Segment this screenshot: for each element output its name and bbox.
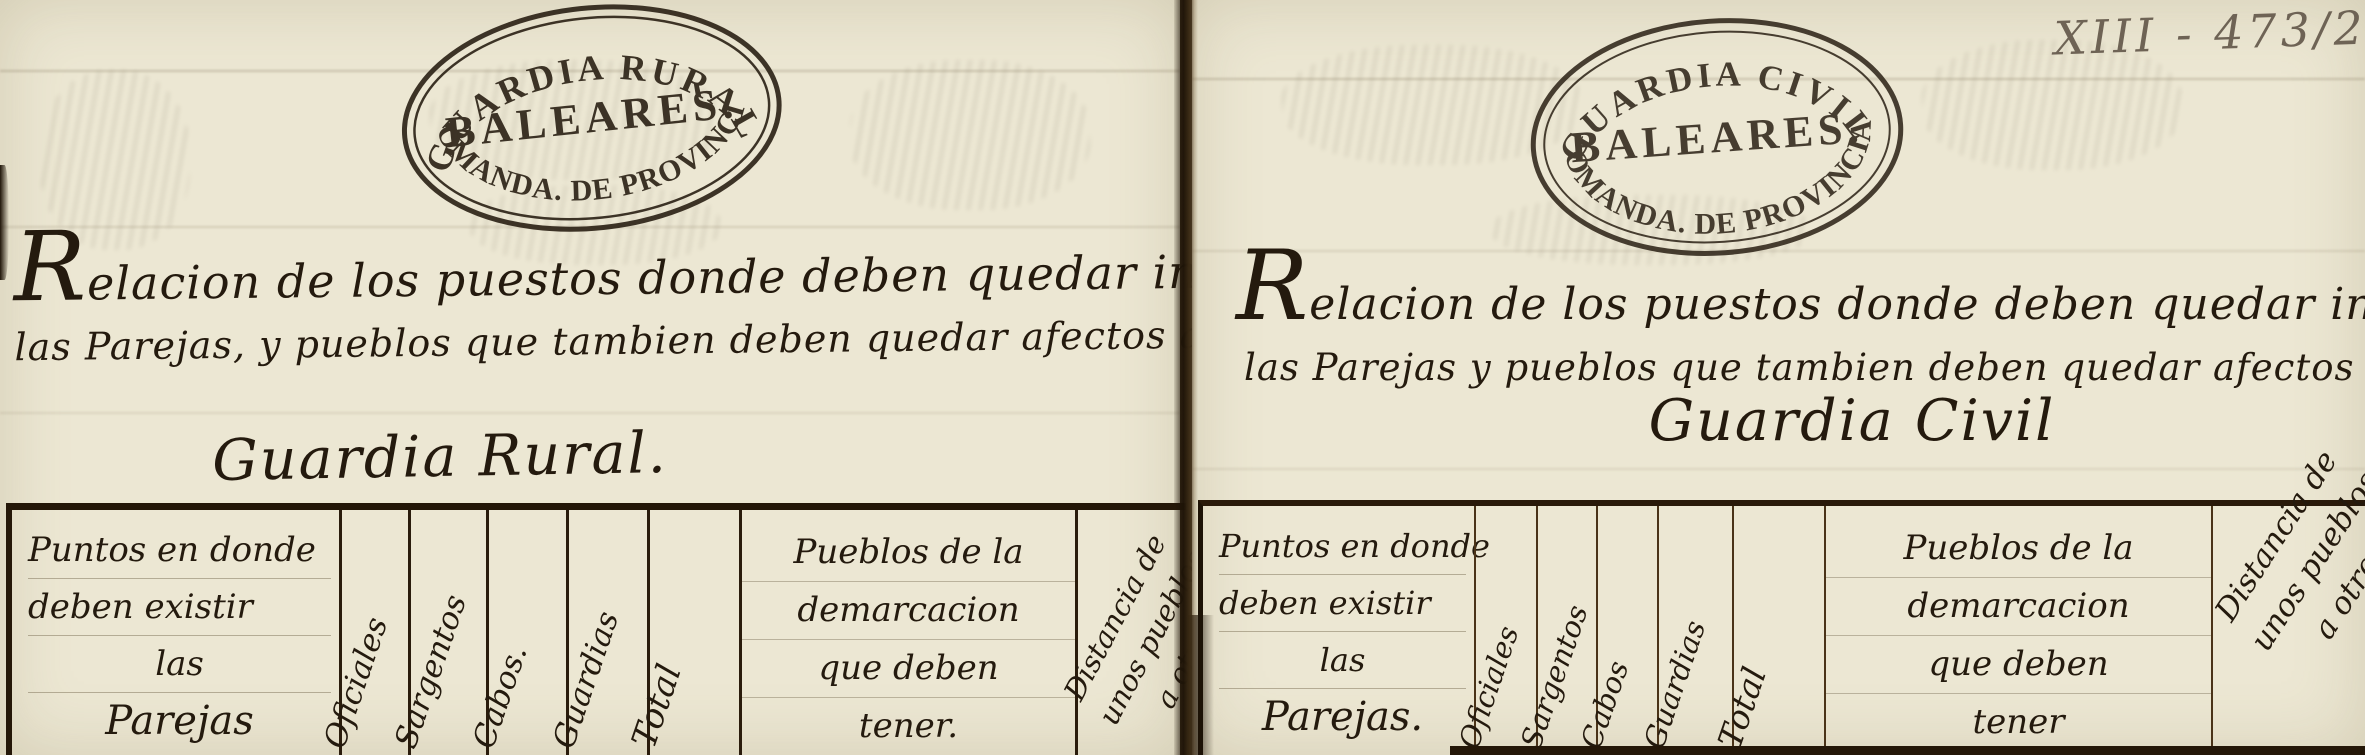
header-line: demarcacion — [1826, 578, 2211, 636]
header-line: las — [1219, 632, 1466, 689]
header-line: deben existir — [28, 579, 331, 636]
crease-line — [0, 412, 1180, 414]
guardia-rural-stamp: GUARDIA RURAL BALEARES. COMANDA. DE PROV… — [384, 0, 802, 260]
header-line: Pueblos de la — [742, 524, 1075, 582]
page-guardia-civil: XIII - 473/2 GUARDIA CIVIL BALEARES. COM… — [1192, 0, 2365, 755]
page-guardia-rural: GUARDIA RURAL BALEARES. COMANDA. DE PROV… — [0, 0, 1180, 755]
guardia-civil-stamp: GUARDIA CIVIL BALEARES. COMANDA. DE PROV… — [1517, 0, 1919, 275]
col-puntos: Puntos en donde deben existir las Pareja… — [12, 510, 339, 755]
page-edge-mark — [0, 165, 9, 280]
header-line: que deben — [742, 640, 1075, 698]
header-line: las — [28, 636, 331, 693]
header-line: Puntos en donde — [1219, 518, 1466, 575]
col-total: Total — [647, 510, 739, 755]
header-line: que deben — [1826, 636, 2211, 694]
crease-line — [1192, 468, 2365, 470]
col-distancia: Distancia de unos pueblos a otros. — [2211, 506, 2365, 755]
title-block: Relacion de los puestos donde deben qued… — [1236, 266, 2365, 391]
header-line: Parejas — [28, 693, 331, 749]
title-line-1: Relacion de los puestos donde deben qued… — [1236, 266, 2365, 341]
header-line: Puntos en donde — [28, 522, 331, 579]
header-line: deben existir — [1219, 575, 1466, 632]
personnel-table: Puntos en donde deben existir las Pareja… — [1198, 500, 2365, 755]
header-line: tener — [1826, 694, 2211, 751]
table-bottom-rule — [1450, 746, 2365, 755]
col-puntos: Puntos en donde deben existir las Pareja… — [1203, 506, 1474, 755]
header-line: Parejas. — [1219, 689, 1466, 745]
header-line: Pueblos de la — [1826, 520, 2211, 578]
col-pueblos: Pueblos de la demarcacion que deben tene… — [1824, 506, 2211, 755]
header-line: tener. — [742, 698, 1075, 755]
personnel-table: Puntos en donde deben existir las Pareja… — [6, 503, 1186, 755]
stamp-center: BALEARES. — [1569, 103, 1865, 172]
section-heading: Guardia Rural. — [149, 419, 730, 495]
diagonal-label: Distancia de unos pueblos a otros. — [2201, 436, 2365, 685]
title-line-2: las Parejas y pueblos que tambien deben … — [1244, 345, 2365, 391]
col-pueblos: Pueblos de la demarcacion que deben tene… — [739, 510, 1075, 755]
header-line: demarcacion — [742, 582, 1075, 640]
page-gutter — [1174, 0, 1198, 755]
col-total: Total — [1732, 506, 1824, 755]
bleedthrough-mark — [850, 60, 1090, 210]
section-heading: Guardia Civil — [1572, 388, 2132, 454]
archival-reference: XIII - 473/2 — [2053, 1, 2365, 66]
document-scan: GUARDIA RURAL BALEARES. COMANDA. DE PROV… — [0, 0, 2365, 755]
